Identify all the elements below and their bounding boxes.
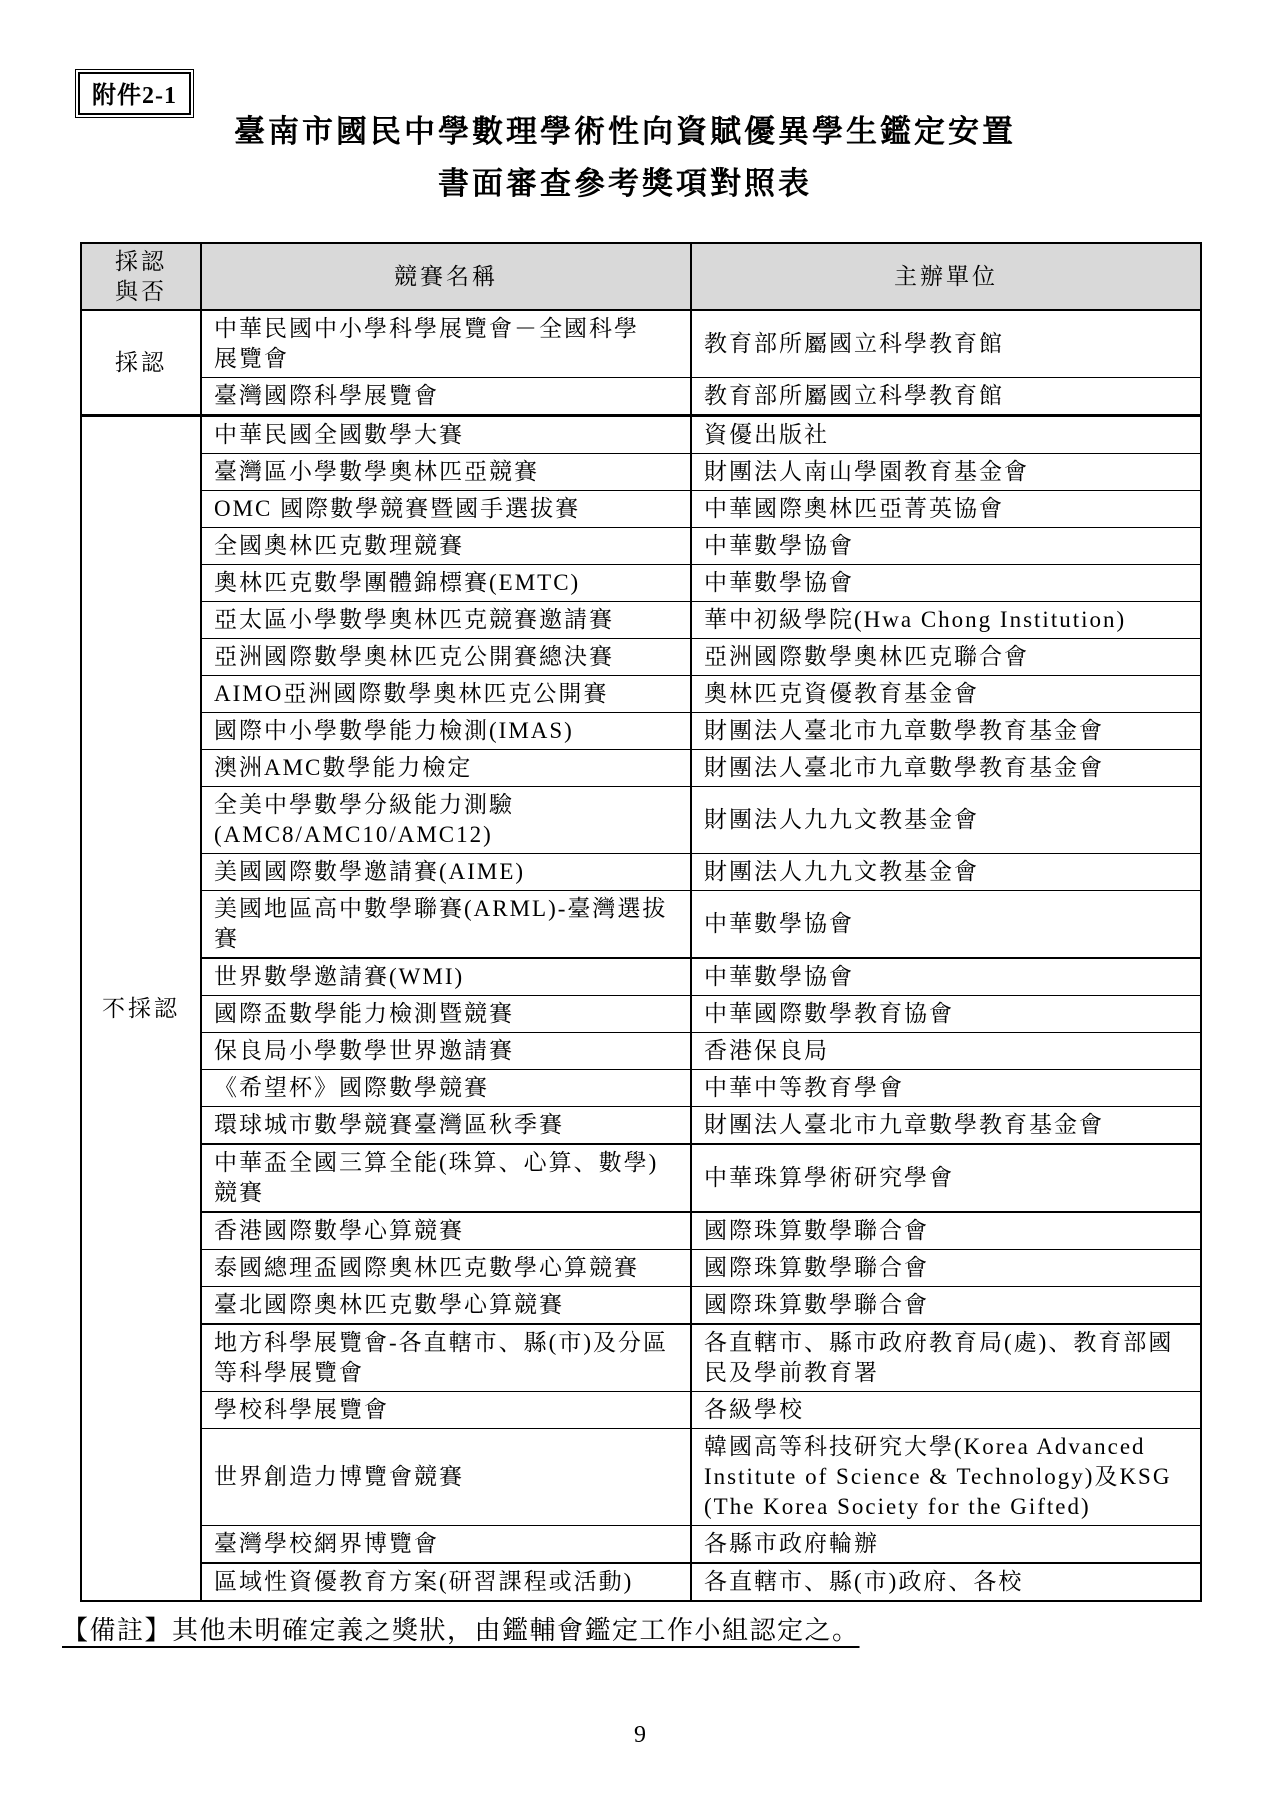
organizer-cell: 中華數學協會 <box>691 891 1201 959</box>
table-row: 臺灣區小學數學奧林匹亞競賽財團法人南山學園教育基金會 <box>81 454 1201 491</box>
table-row: 亞太區小學數學奧林匹克競賽邀請賽華中初級學院(Hwa Chong Institu… <box>81 602 1201 639</box>
award-comparison-table: 採認 與否 競賽名稱 主辦單位 採認中華民國中小學科學展覽會－全國科學 展覽會教… <box>80 242 1202 1602</box>
organizer-cell: 奧林匹克資優教育基金會 <box>691 676 1201 713</box>
organizer-cell: 各直轄市、縣市政府教育局(處)、教育部國 民及學前教育署 <box>691 1324 1201 1392</box>
footnote: 【備註】其他未明確定義之獎狀，由鑑輔會鑑定工作小組認定之。 <box>62 1610 860 1647</box>
competition-name-cell: 亞洲國際數學奧林匹克公開賽總決賽 <box>201 639 691 676</box>
organizer-cell: 財團法人臺北市九章數學教育基金會 <box>691 713 1201 750</box>
competition-name-cell: 世界創造力博覽會競賽 <box>201 1429 691 1526</box>
table-row: 環球城市數學競賽臺灣區秋季賽財團法人臺北市九章數學教育基金會 <box>81 1107 1201 1145</box>
competition-name-cell: 中華民國中小學科學展覽會－全國科學 展覽會 <box>201 310 691 378</box>
table-row: 泰國總理盃國際奧林匹克數學心算競賽國際珠算數學聯合會 <box>81 1250 1201 1287</box>
competition-name-cell: 泰國總理盃國際奧林匹克數學心算競賽 <box>201 1250 691 1287</box>
organizer-cell: 華中初級學院(Hwa Chong Institution) <box>691 602 1201 639</box>
table-row: 保良局小學數學世界邀請賽香港保良局 <box>81 1033 1201 1070</box>
table-header-row: 採認 與否 競賽名稱 主辦單位 <box>81 243 1201 310</box>
competition-name-cell: 澳洲AMC數學能力檢定 <box>201 750 691 787</box>
table-row: 世界創造力博覽會競賽韓國高等科技研究大學(Korea Advanced Inst… <box>81 1429 1201 1526</box>
organizer-cell: 中華國際數學教育協會 <box>691 996 1201 1033</box>
competition-name-cell: 國際盃數學能力檢測暨競賽 <box>201 996 691 1033</box>
organizer-cell: 香港保良局 <box>691 1033 1201 1070</box>
competition-name-cell: 亞太區小學數學奧林匹克競賽邀請賽 <box>201 602 691 639</box>
table-row: 臺北國際奧林匹克數學心算競賽國際珠算數學聯合會 <box>81 1287 1201 1325</box>
table-row: 全國奧林匹克數理競賽中華數學協會 <box>81 528 1201 565</box>
organizer-cell: 財團法人臺北市九章數學教育基金會 <box>691 1107 1201 1145</box>
group-label: 採認 <box>81 310 201 416</box>
document-page: 附件2-1 臺南市國民中學數理學術性向資賦優異學生鑑定安置 書面審查參考獎項對照… <box>0 0 1280 1810</box>
competition-name-cell: OMC 國際數學競賽暨國手選拔賽 <box>201 491 691 528</box>
organizer-cell: 資優出版社 <box>691 416 1201 454</box>
competition-name-cell: 國際中小學數學能力檢測(IMAS) <box>201 713 691 750</box>
table-row: 學校科學展覽會各級學校 <box>81 1392 1201 1429</box>
table-row: 中華盃全國三算全能(珠算、心算、數學) 競賽中華珠算學術研究學會 <box>81 1144 1201 1212</box>
page-number: 9 <box>80 1722 1200 1749</box>
group-label: 不採認 <box>81 416 201 1602</box>
table-row: 澳洲AMC數學能力檢定財團法人臺北市九章數學教育基金會 <box>81 750 1201 787</box>
competition-name-cell: AIMO亞洲國際數學奧林匹克公開賽 <box>201 676 691 713</box>
table-row: OMC 國際數學競賽暨國手選拔賽中華國際奧林匹亞菁英協會 <box>81 491 1201 528</box>
competition-name-cell: 區域性資優教育方案(研習課程或活動) <box>201 1563 691 1601</box>
competition-name-cell: 地方科學展覽會-各直轄市、縣(市)及分區 等科學展覽會 <box>201 1324 691 1392</box>
competition-name-cell: 美國國際數學邀請賽(AIME) <box>201 854 691 891</box>
organizer-cell: 財團法人九九文教基金會 <box>691 787 1201 854</box>
organizer-cell: 中華數學協會 <box>691 958 1201 996</box>
competition-name-cell: 全國奧林匹克數理競賽 <box>201 528 691 565</box>
competition-name-cell: 臺灣區小學數學奧林匹亞競賽 <box>201 454 691 491</box>
page-title: 臺南市國民中學數理學術性向資賦優異學生鑑定安置 <box>80 106 1170 151</box>
table-row: 奧林匹克數學團體錦標賽(EMTC)中華數學協會 <box>81 565 1201 602</box>
organizer-cell: 中華珠算學術研究學會 <box>691 1144 1201 1212</box>
competition-name-cell: 環球城市數學競賽臺灣區秋季賽 <box>201 1107 691 1145</box>
organizer-cell: 國際珠算數學聯合會 <box>691 1212 1201 1250</box>
table-row: 美國地區高中數學聯賽(ARML)-臺灣選拔 賽中華數學協會 <box>81 891 1201 959</box>
table-row: 採認中華民國中小學科學展覽會－全國科學 展覽會教育部所屬國立科學教育館 <box>81 310 1201 378</box>
organizer-cell: 財團法人南山學園教育基金會 <box>691 454 1201 491</box>
organizer-cell: 中華數學協會 <box>691 565 1201 602</box>
table-row: 世界數學邀請賽(WMI)中華數學協會 <box>81 958 1201 996</box>
organizer-cell: 國際珠算數學聯合會 <box>691 1250 1201 1287</box>
page-subtitle: 書面審查參考獎項對照表 <box>80 158 1170 203</box>
competition-name-cell: 臺灣國際科學展覽會 <box>201 378 691 416</box>
table-row: 香港國際數學心算競賽國際珠算數學聯合會 <box>81 1212 1201 1250</box>
table-row: 《希望杯》國際數學競賽中華中等教育學會 <box>81 1070 1201 1107</box>
column-header-competition-name: 競賽名稱 <box>201 243 691 310</box>
table-row: 區域性資優教育方案(研習課程或活動)各直轄市、縣(市)政府、各校 <box>81 1563 1201 1601</box>
table-row: AIMO亞洲國際數學奧林匹克公開賽奧林匹克資優教育基金會 <box>81 676 1201 713</box>
competition-name-cell: 美國地區高中數學聯賽(ARML)-臺灣選拔 賽 <box>201 891 691 959</box>
competition-name-cell: 學校科學展覽會 <box>201 1392 691 1429</box>
competition-name-cell: 中華民國全國數學大賽 <box>201 416 691 454</box>
organizer-cell: 亞洲國際數學奧林匹克聯合會 <box>691 639 1201 676</box>
organizer-cell: 國際珠算數學聯合會 <box>691 1287 1201 1325</box>
competition-name-cell: 臺灣學校網界博覽會 <box>201 1526 691 1564</box>
organizer-cell: 韓國高等科技研究大學(Korea Advanced Institute of S… <box>691 1429 1201 1526</box>
table-row: 國際中小學數學能力檢測(IMAS)財團法人臺北市九章數學教育基金會 <box>81 713 1201 750</box>
competition-name-cell: 奧林匹克數學團體錦標賽(EMTC) <box>201 565 691 602</box>
table-row: 臺灣國際科學展覽會教育部所屬國立科學教育館 <box>81 378 1201 416</box>
table-row: 全美中學數學分級能力測驗 (AMC8/AMC10/AMC12)財團法人九九文教基… <box>81 787 1201 854</box>
column-header-adoption: 採認 與否 <box>81 243 201 310</box>
table-row: 臺灣學校網界博覽會各縣市政府輪辦 <box>81 1526 1201 1564</box>
organizer-cell: 財團法人臺北市九章數學教育基金會 <box>691 750 1201 787</box>
table-row: 地方科學展覽會-各直轄市、縣(市)及分區 等科學展覽會各直轄市、縣市政府教育局(… <box>81 1324 1201 1392</box>
organizer-cell: 各直轄市、縣(市)政府、各校 <box>691 1563 1201 1601</box>
competition-name-cell: 全美中學數學分級能力測驗 (AMC8/AMC10/AMC12) <box>201 787 691 854</box>
table-row: 美國國際數學邀請賽(AIME)財團法人九九文教基金會 <box>81 854 1201 891</box>
column-header-organizer: 主辦單位 <box>691 243 1201 310</box>
competition-name-cell: 世界數學邀請賽(WMI) <box>201 958 691 996</box>
organizer-cell: 各級學校 <box>691 1392 1201 1429</box>
competition-name-cell: 香港國際數學心算競賽 <box>201 1212 691 1250</box>
organizer-cell: 中華數學協會 <box>691 528 1201 565</box>
competition-name-cell: 保良局小學數學世界邀請賽 <box>201 1033 691 1070</box>
organizer-cell: 財團法人九九文教基金會 <box>691 854 1201 891</box>
table-row: 亞洲國際數學奧林匹克公開賽總決賽亞洲國際數學奧林匹克聯合會 <box>81 639 1201 676</box>
organizer-cell: 各縣市政府輪辦 <box>691 1526 1201 1564</box>
competition-name-cell: 中華盃全國三算全能(珠算、心算、數學) 競賽 <box>201 1144 691 1212</box>
organizer-cell: 中華中等教育學會 <box>691 1070 1201 1107</box>
competition-name-cell: 臺北國際奧林匹克數學心算競賽 <box>201 1287 691 1325</box>
competition-name-cell: 《希望杯》國際數學競賽 <box>201 1070 691 1107</box>
organizer-cell: 教育部所屬國立科學教育館 <box>691 310 1201 378</box>
table-row: 不採認中華民國全國數學大賽資優出版社 <box>81 416 1201 454</box>
table-row: 國際盃數學能力檢測暨競賽中華國際數學教育協會 <box>81 996 1201 1033</box>
organizer-cell: 教育部所屬國立科學教育館 <box>691 378 1201 416</box>
organizer-cell: 中華國際奧林匹亞菁英協會 <box>691 491 1201 528</box>
